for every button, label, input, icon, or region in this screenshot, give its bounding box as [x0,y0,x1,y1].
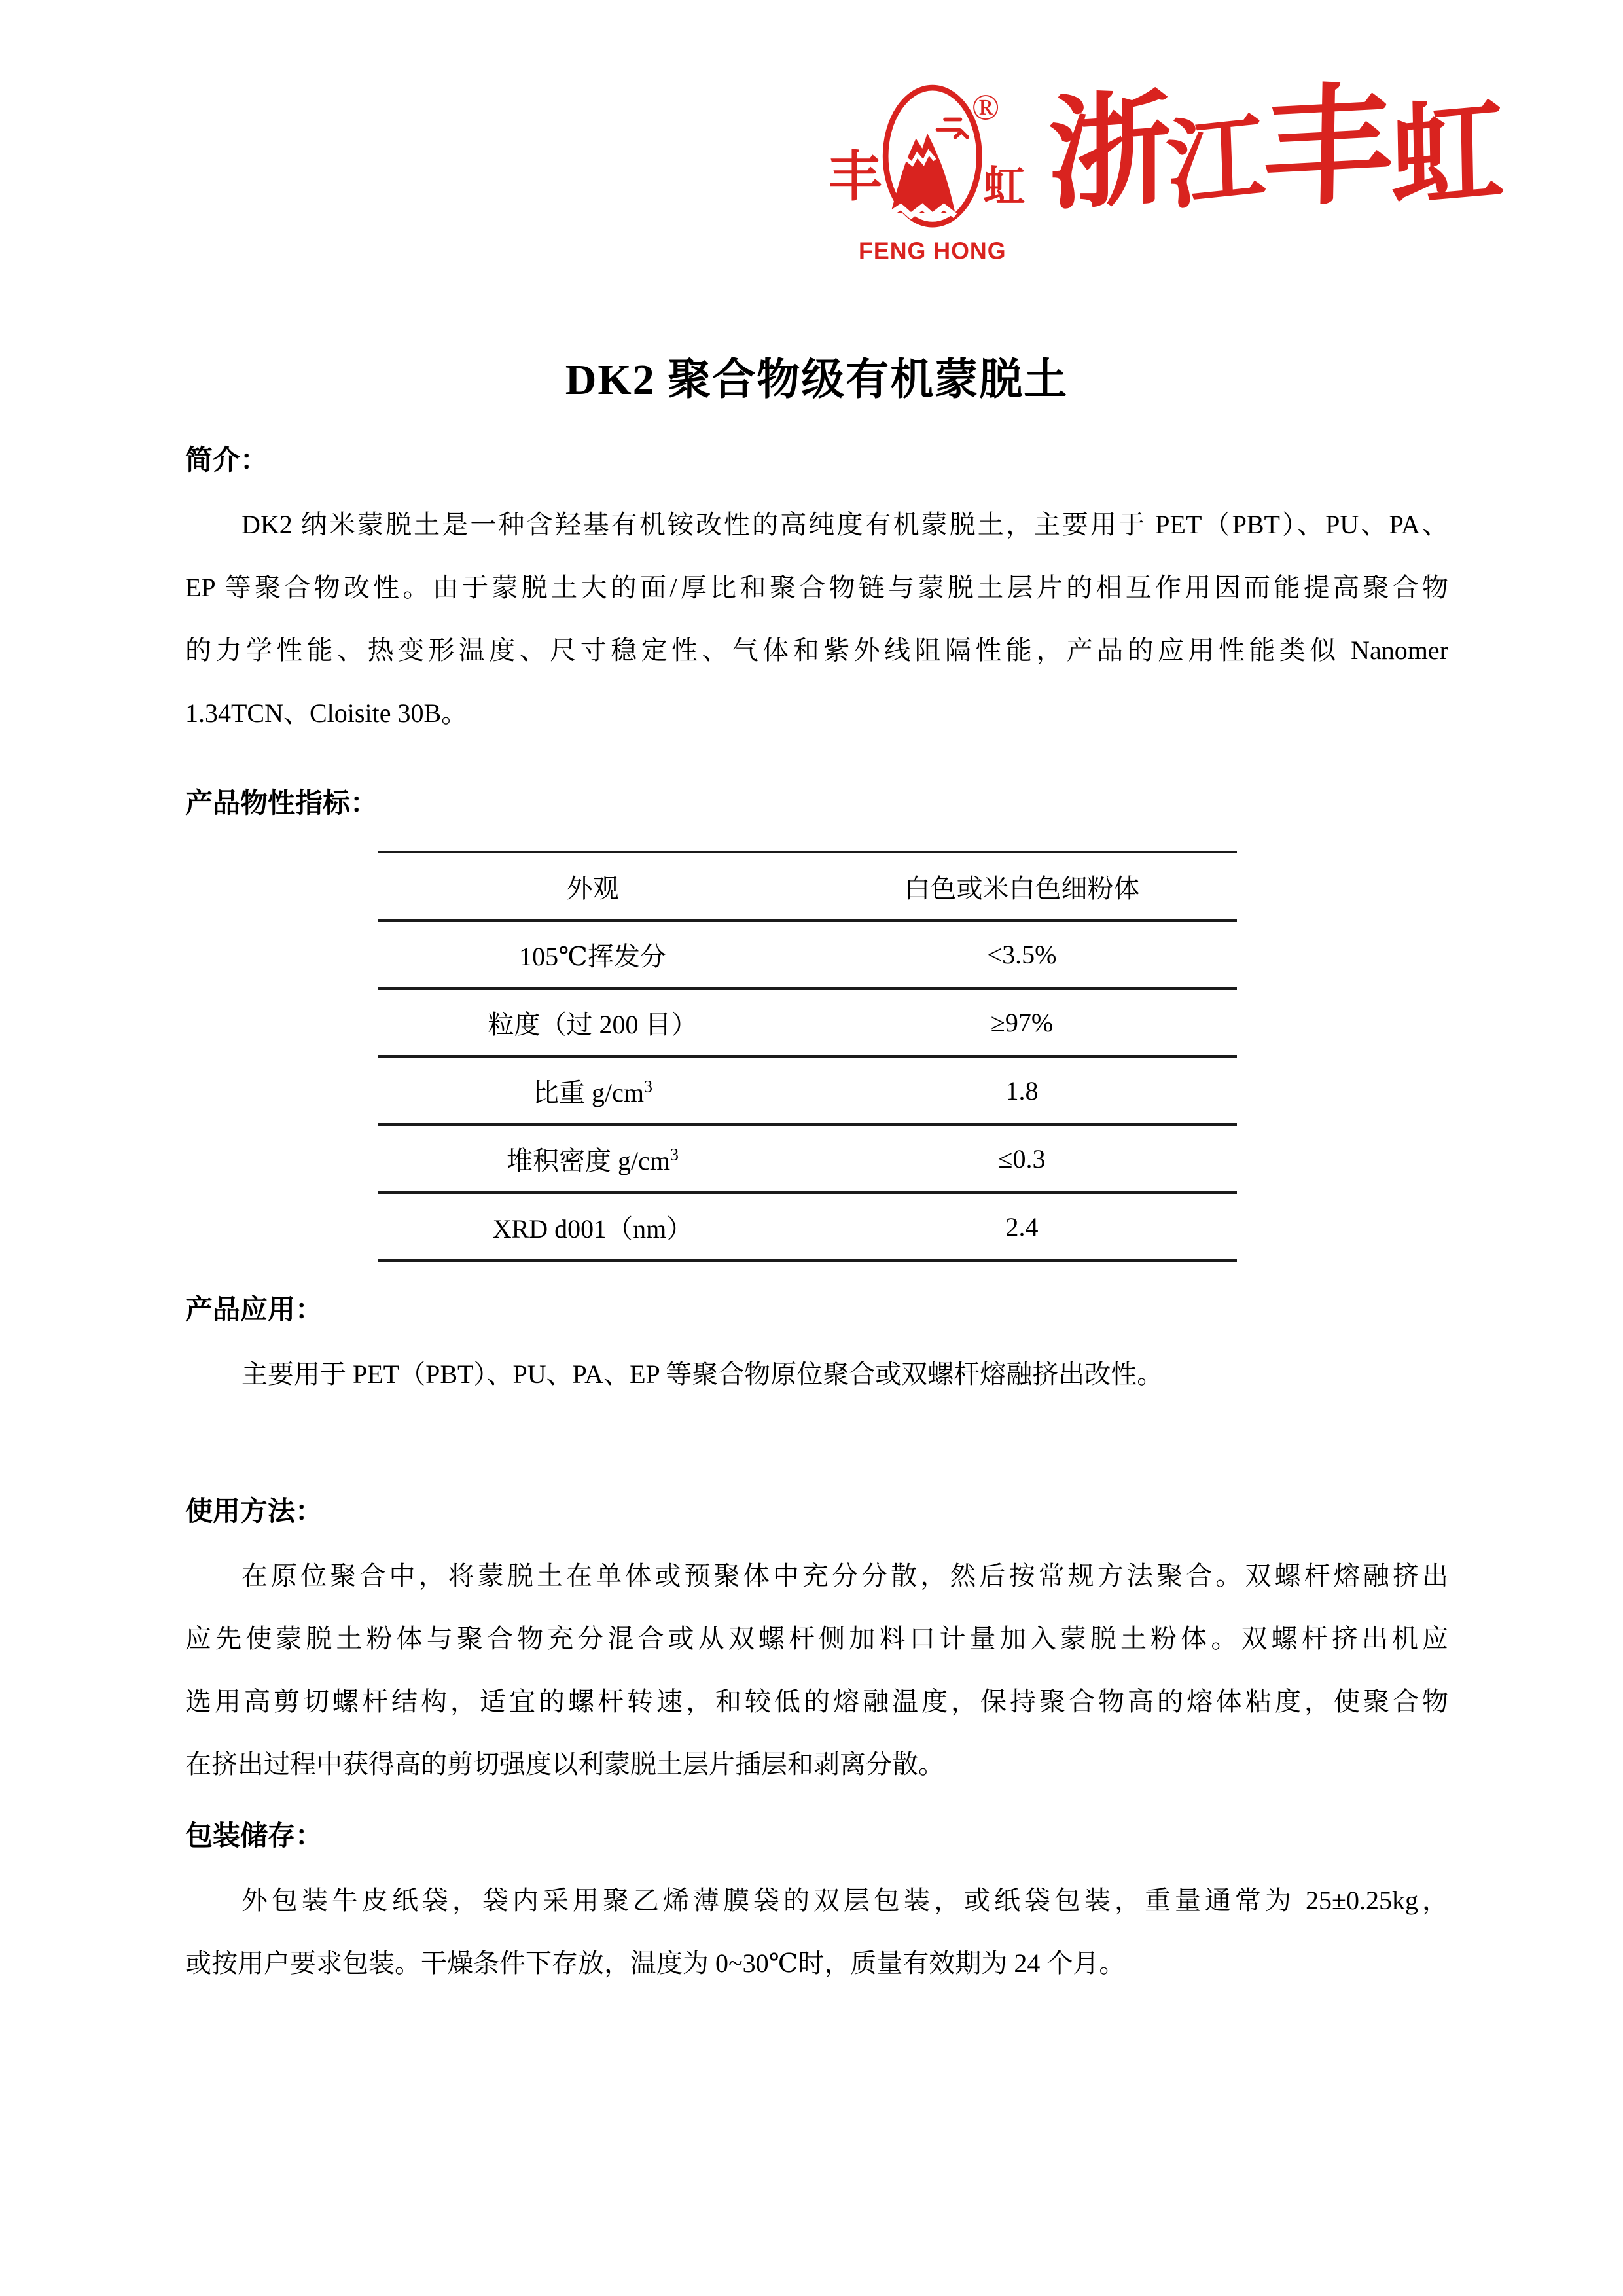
application-heading: 产品应用： [185,1293,1448,1327]
table-row: 外观白色或米白色细粉体 [378,852,1237,920]
paragraph-line: 主要用于 PET（PBT）、PU、PA、EP 等聚合物原位聚合或双螺杆熔融挤出改… [185,1343,1448,1406]
value-cell: 2.4 [807,1193,1237,1261]
paragraph-line: 或按用户要求包装。干燥条件下存放，温度为 0~30℃时，质量有效期为 24 个月… [185,1932,1448,1995]
hong-char: 虹 [983,163,1025,209]
table-row: 堆积密度 g/cm3≤0.3 [378,1124,1237,1193]
usage-heading: 使用方法： [185,1495,1448,1529]
section-specs: 产品物性指标： 外观白色或米白色细粉体105℃挥发分<3.5%粒度（过 200 … [185,787,1448,1262]
specs-table-body: 外观白色或米白色细粉体105℃挥发分<3.5%粒度（过 200 目）≥97%比重… [378,852,1237,1261]
paragraph-line: 选用高剪切螺杆结构，适宜的螺杆转速，和较低的熔融温度，保持聚合物高的熔体粘度，使… [185,1670,1448,1733]
table-row: 粒度（过 200 目）≥97% [378,988,1237,1056]
calligraphy-char: 虹 [1390,95,1505,217]
paragraph-line: 在原位聚合中，将蒙脱土在单体或预聚体中充分分散，然后按常规方法聚合。双螺杆熔融挤… [185,1545,1448,1607]
paragraph-line: DK2 纳米蒙脱土是一种含羟基有机铵改性的高纯度有机蒙脱土，主要用于 PET（P… [185,493,1448,556]
value-cell: ≥97% [807,988,1237,1056]
property-cell: 比重 g/cm3 [378,1056,807,1124]
property-cell: 105℃挥发分 [378,920,807,988]
paragraph-line: 1.34TCN、Cloisite 30B。 [185,682,1448,745]
company-logo: 丰 ® 虹 FENG HONG 浙江丰虹 [830,73,1504,264]
value-cell: 1.8 [807,1056,1237,1124]
table-row: 105℃挥发分<3.5% [378,920,1237,988]
table-row: 比重 g/cm31.8 [378,1056,1237,1124]
cloud-strokes-icon [938,120,967,137]
property-cell: 堆积密度 g/cm3 [378,1124,807,1193]
paragraph-line: 外包装牛皮纸袋，袋内采用聚乙烯薄膜袋的双层包装，或纸袋包装，重量通常为 25±0… [185,1869,1448,1932]
property-cell: 粒度（过 200 目） [378,988,807,1056]
usage-paragraph: 在原位聚合中，将蒙脱土在单体或预聚体中充分分散，然后按常规方法聚合。双螺杆熔融挤… [185,1545,1448,1796]
specs-table: 外观白色或米白色细粉体105℃挥发分<3.5%粒度（过 200 目）≥97%比重… [378,851,1237,1262]
logo-mark: 丰 ® 虹 FENG HONG [830,73,1026,264]
calligraphy-char: 江 [1165,109,1267,217]
table-row: XRD d001（nm）2.4 [378,1193,1237,1261]
section-application: 产品应用： 主要用于 PET（PBT）、PU、PA、EP 等聚合物原位聚合或双螺… [185,1293,1448,1406]
section-packaging: 包装储存： 外包装牛皮纸袋，袋内采用聚乙烯薄膜袋的双层包装，或纸袋包装，重量通常… [185,1820,1448,1995]
property-cell: XRD d001（nm） [378,1193,807,1261]
value-cell: 白色或米白色细粉体 [807,852,1237,920]
property-cell: 外观 [378,852,807,920]
paragraph-line: 应先使蒙脱土粉体与聚合物充分混合或从双螺杆侧加料口计量加入蒙脱土粉体。双螺杆挤出… [185,1607,1448,1670]
intro-heading: 简介： [185,444,1448,478]
registered-icon: ® [972,88,1000,128]
document-page: 丰 ® 虹 FENG HONG 浙江丰虹 DK2 聚合物级有机蒙脱土 简介： D… [0,0,1623,2296]
application-paragraph: 主要用于 PET（PBT）、PU、PA、EP 等聚合物原位聚合或双螺杆熔融挤出改… [185,1343,1448,1406]
intro-paragraph: DK2 纳米蒙脱土是一种含羟基有机铵改性的高纯度有机蒙脱土，主要用于 PET（P… [185,493,1448,745]
fenghong-latin: FENG HONG [859,238,1006,264]
paragraph-line: 在挤出过程中获得高的剪切强度以利蒙脱土层片插层和剥离分散。 [185,1733,1448,1796]
calligraphy-char: 丰 [1262,81,1394,217]
packaging-heading: 包装储存： [185,1820,1448,1854]
logo-calligraphy: 浙江丰虹 [1044,85,1508,215]
value-cell: ≤0.3 [807,1124,1237,1193]
packaging-paragraph: 外包装牛皮纸袋，袋内采用聚乙烯薄膜袋的双层包装，或纸袋包装，重量通常为 25±0… [185,1869,1448,1995]
header: 丰 ® 虹 FENG HONG 浙江丰虹 [185,0,1448,262]
section-usage: 使用方法： 在原位聚合中，将蒙脱土在单体或预聚体中充分分散，然后按常规方法聚合。… [185,1495,1448,1796]
specs-heading: 产品物性指标： [185,787,1448,821]
page-title: DK2 聚合物级有机蒙脱土 [185,353,1448,407]
feng-char: 丰 [830,148,882,208]
value-cell: <3.5% [807,920,1237,988]
calligraphy-char: 浙 [1048,88,1171,219]
section-intro: 简介： DK2 纳米蒙脱土是一种含羟基有机铵改性的高纯度有机蒙脱土，主要用于 P… [185,444,1448,745]
paragraph-line: 的力学性能、热变形温度、尺寸稳定性、气体和紫外线阻隔性能，产品的应用性能类似 N… [185,619,1448,682]
paragraph-line: EP 等聚合物改性。由于蒙脱土大的面/厚比和聚合物链与蒙脱土层片的相互作用因而能… [185,556,1448,619]
mountain-icon [891,134,955,213]
